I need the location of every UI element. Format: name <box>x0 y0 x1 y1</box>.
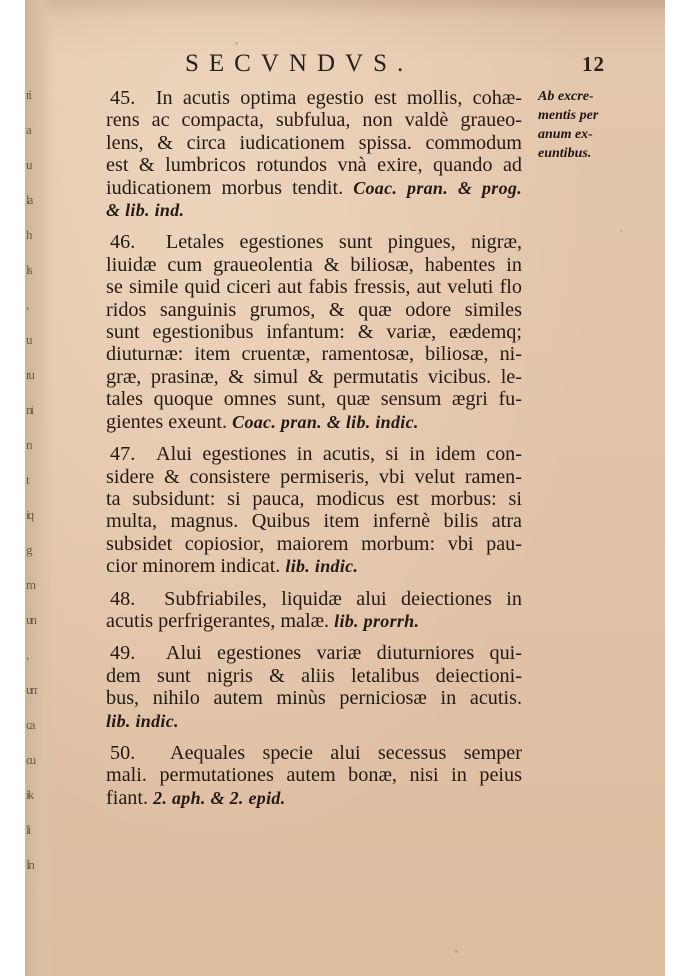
line-text: dem sunt nigris & aliis letalibus deiect… <box>106 665 522 687</box>
text-line: 49. Alui egestiones variæ diuturniores q… <box>106 642 522 664</box>
aphorism-number: 46. <box>106 231 135 253</box>
line-text: se simile quid ciceri aut fabis fressis,… <box>106 276 522 298</box>
text-line: lib. indic. <box>106 710 522 732</box>
bleed-through-fragment: u <box>26 333 38 347</box>
text-line: 45. In acutis optima egestio est mollis,… <box>106 87 522 109</box>
line-text: diuturnæ: item cruentæ, ramentosæ, bilio… <box>106 343 522 365</box>
aphorism-paragraph: 46. Letales egestiones sunt pingues, nig… <box>106 231 522 433</box>
bleed-through-fragment: ik <box>26 788 38 802</box>
line-text: Alui egestiones in acutis, si in idem co… <box>156 443 522 465</box>
bleed-through-fragment: iq <box>26 508 38 522</box>
aphorism-paragraph: 50. Aequales specie alui secessus semper… <box>106 742 522 809</box>
text-line: sidere & consistere permiseris, vbi velu… <box>106 466 522 488</box>
text-line: ta subsidunt: si pauca, modicus est morb… <box>106 488 522 510</box>
marginal-note-line: anum ex- <box>538 125 623 144</box>
paper-spot <box>235 42 238 45</box>
line-text: acutis perfrigerantes, malæ. <box>106 610 329 632</box>
bleed-through-fragment: cu <box>26 753 38 767</box>
line-text: tales quoque omnes sunt, quæ sensum ægri… <box>106 388 522 410</box>
line-text: gientes exeunt. <box>106 411 227 433</box>
text-line: ridos sanguinis grumos, & quæ odore simi… <box>106 299 522 321</box>
citation-reference: lib. prorrh. <box>334 611 419 631</box>
aphorism-number: 47. <box>106 443 135 465</box>
text-line: bus, nihilo autem minùs perniciosæ in ac… <box>106 687 522 709</box>
page-number: 12 <box>582 52 605 77</box>
bleed-through-fragment: ca <box>26 718 38 732</box>
bleed-through-fragment: h <box>26 228 38 242</box>
text-line: dem sunt nigris & aliis letalibus deiect… <box>106 665 522 687</box>
marginal-note-line: Ab excre- <box>538 87 623 106</box>
aphorism-number: 48. <box>106 588 135 610</box>
marginal-note: Ab excre- mentis per anum ex- euntibus. <box>538 87 623 163</box>
running-head-title: SECVNDVS. <box>185 50 413 78</box>
citation-reference: 2. aph. & 2. epid. <box>153 788 285 808</box>
text-line: est & lumbricos rotundos vnà exire, quan… <box>106 154 522 176</box>
text-line: græ, prasinæ, & simul & permutatis vicib… <box>106 366 522 388</box>
text-line: subsidet copiosior, maiorem morbum: vbi … <box>106 533 522 555</box>
line-text: cior minorem indicat. <box>106 555 280 577</box>
text-line: tales quoque omnes sunt, quæ sensum ægri… <box>106 388 522 410</box>
line-text: græ, prasinæ, & simul & permutatis vicib… <box>106 366 522 388</box>
aphorism-paragraph: 49. Alui egestiones variæ diuturniores q… <box>106 642 522 732</box>
bleed-through-fragment: ni <box>26 403 38 417</box>
aphorism-paragraph: 47. Alui egestiones in acutis, si in ide… <box>106 443 522 577</box>
text-line: 48. Subfriabiles, liquidæ alui deiection… <box>106 588 522 610</box>
text-line: lens, & circa iudicationem spissa. commo… <box>106 132 522 154</box>
citation-reference: & lib. ind. <box>106 200 184 220</box>
text-line: acutis perfrigerantes, malæ. lib. prorrh… <box>106 610 522 632</box>
line-text: sunt egestionibus infantum: & variæ, eæd… <box>106 321 522 343</box>
text-line: diuturnæ: item cruentæ, ramentosæ, bilio… <box>106 343 522 365</box>
text-line: 46. Letales egestiones sunt pingues, nig… <box>106 231 522 253</box>
text-line: gientes exeunt. Coac. pran. & lib. indic… <box>106 411 522 433</box>
bleed-through-fragment: , <box>26 648 38 662</box>
bleed-through-fragment: ri <box>26 88 38 102</box>
bleed-through-fragment: , <box>26 298 38 312</box>
bleed-through-fragment: n <box>26 438 38 452</box>
bleed-through-fragment: m <box>26 578 38 592</box>
text-line: 47. Alui egestiones in acutis, si in ide… <box>106 443 522 465</box>
text-line: rens ac compacta, subfulua, non valdè gr… <box>106 109 522 131</box>
citation-reference: Coac. pran. & prog. <box>353 178 522 198</box>
bleed-through-fragment: um <box>26 683 38 697</box>
facing-page-gutter: riaulahls,urunintiqgmun,umcacuikliIn <box>25 0 53 976</box>
text-line: mali. permutationes autem bonæ, nisi in … <box>106 764 522 786</box>
text-line: multa, magnus. Quibus item infernè bilis… <box>106 510 522 532</box>
text-line: 50. Aequales specie alui secessus semper <box>106 742 522 764</box>
marginal-note-line: euntibus. <box>538 144 623 163</box>
line-text: lens, & circa iudicationem spissa. commo… <box>106 132 522 154</box>
aphorism-number: 49. <box>106 642 135 664</box>
bleed-through-fragment: g <box>26 543 38 557</box>
line-text: sidere & consistere permiseris, vbi velu… <box>106 466 522 488</box>
citation-reference: Coac. pran. & lib. indic. <box>232 412 419 432</box>
line-text: mali. permutationes autem bonæ, nisi in … <box>106 764 522 786</box>
text-line: cior minorem indicat. lib. indic. <box>106 555 522 577</box>
bleed-through-fragment: li <box>26 823 38 837</box>
aphorism-number: 45. <box>106 87 135 109</box>
text-line: fiant. 2. aph. & 2. epid. <box>106 787 522 809</box>
paper-spot <box>455 950 458 953</box>
bleed-through-fragment: u <box>26 158 38 172</box>
line-text: Aequales specie alui secessus semper <box>170 742 522 764</box>
bleed-through-fragment: ls <box>26 263 38 277</box>
line-text: In acutis optima egestio est mollis, coh… <box>156 87 522 109</box>
line-text: rens ac compacta, subfulua, non valdè gr… <box>106 109 522 131</box>
line-text: Subfriabiles, liquidæ alui deiectiones i… <box>164 588 522 610</box>
line-text: est & lumbricos rotundos vnà exire, quan… <box>106 154 522 176</box>
bleed-through-fragment: t <box>26 473 38 487</box>
line-text: Alui egestiones variæ diuturniores qui- <box>166 642 522 664</box>
bleed-through-fragment: In <box>26 858 38 872</box>
running-header: SECVNDVS. 12 <box>185 50 605 80</box>
line-text: subsidet copiosior, maiorem morbum: vbi … <box>106 533 522 555</box>
aphorism-paragraph: 48. Subfriabiles, liquidæ alui deiection… <box>106 588 522 633</box>
text-line: se simile quid ciceri aut fabis fressis,… <box>106 276 522 298</box>
line-text: ridos sanguinis grumos, & quæ odore simi… <box>106 299 522 321</box>
citation-reference: lib. indic. <box>285 556 358 576</box>
bleed-through-fragment: la <box>26 193 38 207</box>
main-text-block: 45. In acutis optima egestio est mollis,… <box>106 87 522 819</box>
bleed-through-fragment: a <box>26 123 38 137</box>
line-text: liuidæ cum graueolentia & biliosæ, haben… <box>106 254 522 276</box>
text-line: iudicationem morbus tendit. Coac. pran. … <box>106 177 522 199</box>
line-text: multa, magnus. Quibus item infernè bilis… <box>106 510 522 532</box>
line-text: ta subsidunt: si pauca, modicus est morb… <box>106 488 522 510</box>
line-text: fiant. <box>106 787 148 809</box>
paper-spot <box>620 230 622 232</box>
line-text: Letales egestiones sunt pingues, nigræ, <box>166 231 522 253</box>
line-text: iudicationem morbus tendit. <box>106 177 343 199</box>
bleed-through-fragment: ru <box>26 368 38 382</box>
line-text: bus, nihilo autem minùs perniciosæ in ac… <box>106 687 522 709</box>
text-line: liuidæ cum graueolentia & biliosæ, haben… <box>106 254 522 276</box>
aphorism-paragraph: 45. In acutis optima egestio est mollis,… <box>106 87 522 221</box>
citation-reference: lib. indic. <box>106 711 179 731</box>
text-line: sunt egestionibus infantum: & variæ, eæd… <box>106 321 522 343</box>
marginal-note-line: mentis per <box>538 106 623 125</box>
aphorism-number: 50. <box>106 742 135 764</box>
bleed-through-fragment: un <box>26 613 38 627</box>
text-line: & lib. ind. <box>106 199 522 221</box>
